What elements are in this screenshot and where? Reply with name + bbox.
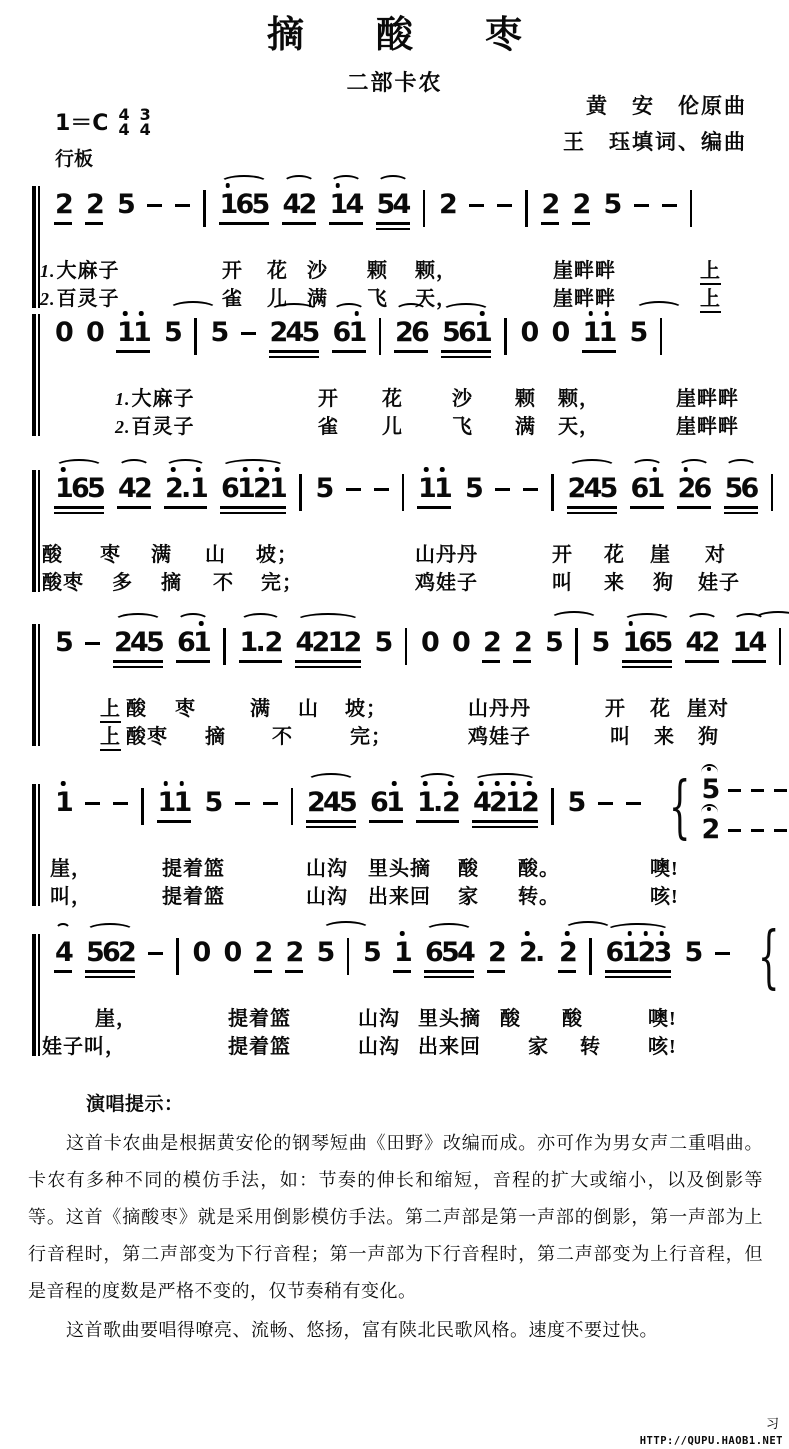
- lyric-segment: 雀: [318, 410, 339, 439]
- lyric-segment: 满: [151, 538, 172, 567]
- note-char: 2: [568, 474, 584, 504]
- tie-arc-icon: [635, 301, 683, 317]
- note-char: 5: [465, 474, 481, 504]
- note-digits: 4212: [295, 628, 361, 663]
- music-system: 22516542145422251.大麻子开花沙颗颗，崖畔畔上2.百灵子雀儿满飞…: [30, 168, 763, 310]
- note-group: 5: [374, 628, 392, 660]
- note-digits: 0: [223, 938, 241, 970]
- note-digits: 245: [567, 474, 617, 509]
- note-group: 61: [369, 788, 403, 823]
- tempo-marking: 行板: [55, 144, 93, 171]
- barline-icon: [589, 938, 592, 975]
- lyric-segment: 家: [458, 880, 479, 909]
- lyric-segment: 山沟: [358, 1002, 400, 1031]
- note-char: 5: [375, 628, 391, 658]
- note-char: 2: [134, 474, 150, 504]
- lyrics-line-2: 娃子叫，提着篮山沟出来回家转咳!: [30, 1030, 763, 1058]
- lyric-segment: 酸枣: [42, 566, 84, 595]
- note-digits: 654: [424, 938, 474, 973]
- note-char: 4: [283, 190, 299, 220]
- note-char: 6: [71, 474, 87, 504]
- note-char: 2: [265, 628, 281, 658]
- barline-icon: [141, 788, 144, 825]
- note-digits: 245: [269, 318, 319, 353]
- note-char: 5: [339, 788, 355, 818]
- note-char: 2: [299, 190, 315, 220]
- note-group: 2: [513, 628, 531, 663]
- note-group: 245: [113, 628, 163, 663]
- lyric-segment: 不: [213, 566, 234, 595]
- note-char: 2: [395, 318, 411, 348]
- lyric-segment: 提着篮: [228, 1002, 291, 1031]
- note-digits: 14: [732, 628, 766, 663]
- note-digits: 245: [306, 788, 356, 823]
- note-digits: 0: [192, 938, 210, 970]
- note-char: 1: [599, 318, 615, 348]
- note-group: 5: [567, 788, 585, 820]
- credit-composer: 黄 安 伦原曲: [586, 90, 747, 120]
- lyric-segment: 酸: [458, 852, 479, 881]
- note-group: 165: [54, 474, 104, 509]
- note-group: 11: [116, 318, 150, 353]
- lyric-segment: 叫: [552, 566, 573, 595]
- note-char: 0: [521, 318, 537, 348]
- lyric-segment: 崖畔畔: [553, 254, 616, 283]
- note-group: 2: [558, 938, 576, 973]
- note-with-fermata: 2: [701, 804, 718, 845]
- note-group: 5: [362, 938, 380, 970]
- note-group: 54: [376, 190, 410, 225]
- note-char: 5: [592, 628, 608, 658]
- note-char: 1: [505, 788, 521, 818]
- note-char: 0: [224, 938, 240, 968]
- note-group: 42: [117, 474, 151, 509]
- lyric-segment: 沙: [307, 254, 328, 283]
- slur-arc-icon: [118, 459, 150, 474]
- note-digits: 5: [315, 474, 333, 506]
- watermark-character: 习: [766, 1413, 779, 1432]
- note-group: 2: [572, 190, 590, 225]
- lyric-segment: 娃子: [698, 566, 740, 595]
- note-group: 2: [487, 938, 505, 973]
- note-group: 61: [630, 474, 664, 509]
- lyric-segment: 山沟: [306, 880, 348, 909]
- note-char: 0: [55, 318, 71, 348]
- duration-dash-icon: [235, 802, 250, 805]
- barline-icon: [690, 190, 693, 227]
- lyric-segment: 儿: [382, 410, 403, 439]
- note-group: 245: [269, 318, 319, 353]
- note-char: .: [256, 628, 265, 658]
- note-digits: 5: [464, 474, 482, 506]
- lyric-segment: 多: [112, 566, 133, 595]
- lyrics-line-2: 酸枣多摘不完；鸡娃子叫来狗娃子: [30, 566, 763, 594]
- note-char: 6: [631, 474, 647, 504]
- note-char: 2: [701, 815, 717, 845]
- duration-dash-icon: [774, 789, 787, 792]
- note-char: 6: [333, 318, 349, 348]
- meter-denominator: 4: [118, 122, 129, 137]
- note-char: 4: [457, 938, 473, 968]
- note-group: 5: [603, 190, 621, 222]
- note-group: 5: [684, 938, 702, 970]
- note-char: 2: [55, 190, 71, 220]
- opening-brace-icon: {: [668, 764, 690, 850]
- tie-arc-icon: [322, 921, 370, 937]
- note-digits: 1: [54, 788, 72, 820]
- ending-chord-column: 52: [701, 769, 787, 845]
- note-digits: 2: [513, 628, 531, 663]
- note-group: 5: [163, 318, 181, 350]
- note-char: 2: [488, 938, 504, 968]
- note-char: 5: [545, 628, 561, 658]
- note-char: 2: [559, 938, 575, 968]
- note-char: 1: [328, 628, 344, 658]
- lyric-segment: 2.百灵子: [115, 410, 195, 439]
- note-char: 5: [363, 938, 379, 968]
- duration-dash-icon: [85, 642, 100, 645]
- note-group: 5: [54, 628, 72, 660]
- barline-icon: [525, 190, 528, 227]
- duration-dash-icon: [175, 204, 190, 207]
- note-digits: 11: [116, 318, 150, 353]
- barline-icon: [423, 190, 426, 227]
- note-digits: 42: [685, 628, 719, 663]
- duration-dash-icon: [148, 952, 163, 955]
- note-digits: 5: [54, 628, 72, 660]
- note-char: 2: [542, 190, 558, 220]
- note-char: 1: [133, 318, 149, 348]
- note-group: 1.2: [239, 628, 282, 663]
- note-group: 6121: [220, 474, 286, 509]
- note-char: 6: [458, 318, 474, 348]
- barline-icon: [405, 628, 408, 665]
- note-char: 5: [600, 474, 616, 504]
- note-digits: 5: [567, 788, 585, 820]
- note-digits: 165: [54, 474, 104, 509]
- lyric-segment: 酸: [500, 1002, 521, 1031]
- note-char: 1: [158, 788, 174, 818]
- note-char: 5: [604, 190, 620, 220]
- note-group: 165: [219, 190, 269, 225]
- note-digits: 562: [85, 938, 135, 973]
- note-group: 5: [315, 474, 333, 506]
- note-group: 2: [254, 938, 272, 973]
- note-char: 1: [394, 938, 410, 968]
- note-char: 2: [489, 788, 505, 818]
- ending-chord: {52}: [749, 918, 789, 996]
- lyric-segment: 娃子叫，: [42, 1030, 126, 1059]
- music-system: 0011552456126561001151.大麻子开花沙颗颗，崖畔畔2.百灵子…: [30, 296, 763, 438]
- lyric-segment: 花: [382, 382, 403, 411]
- note-digits: 0: [54, 318, 72, 350]
- note-char: .: [433, 788, 442, 818]
- lyric-segment: 里头摘: [418, 1002, 481, 1031]
- duration-dash-icon: [85, 802, 100, 805]
- duration-dash-icon: [598, 802, 613, 805]
- note-char: 2: [118, 938, 134, 968]
- note-digits: 61: [369, 788, 403, 823]
- verse-number: 2.: [115, 417, 131, 437]
- note-digits: 14: [329, 190, 363, 225]
- lyric-segment: 叫: [610, 720, 631, 749]
- note-char: 1: [237, 474, 253, 504]
- slur-arc-icon: [725, 459, 757, 474]
- note-char: 1: [117, 318, 133, 348]
- duration-dash-icon: [751, 829, 764, 832]
- note-group: 26: [677, 474, 711, 509]
- note-digits: 2.1: [164, 474, 207, 509]
- note-digits: 165: [219, 190, 269, 225]
- note-digits: 561: [441, 318, 491, 353]
- duration-dash-icon: [374, 488, 389, 491]
- note-char: 2: [519, 938, 535, 968]
- barline-icon: [223, 628, 226, 665]
- note-group: 5: [116, 190, 134, 222]
- duration-dash-icon: [241, 332, 256, 335]
- lyric-segment: 山: [298, 692, 319, 721]
- note-char: 5: [205, 788, 221, 818]
- note-digits: 5: [204, 788, 222, 820]
- note-group: 245: [567, 474, 617, 509]
- duration-dash-icon: [523, 488, 538, 491]
- lyrics-line-2: 2.百灵子雀儿飞满天，崖畔畔: [30, 410, 763, 438]
- note-group: 165: [622, 628, 672, 663]
- note-char: 4: [286, 318, 302, 348]
- lyrics-line-1: 酸枣满山坡；山丹丹开花崖对: [30, 538, 763, 566]
- lyric-segment: 咳!: [648, 1030, 677, 1059]
- lyric-segment: 转: [580, 1030, 601, 1059]
- lyrics-line-2: 叫，提着篮山沟出来回家转。咳!: [30, 880, 763, 908]
- note-digits: 5: [603, 190, 621, 222]
- note-group: 2: [285, 938, 303, 973]
- note-digits: 2: [572, 190, 590, 225]
- note-group: 42: [685, 628, 719, 663]
- note-digits: 11: [417, 474, 451, 509]
- note-group: 11: [417, 474, 451, 509]
- note-digits: 26: [394, 318, 428, 353]
- slur-arc-icon: [270, 303, 318, 318]
- note-group: 5: [544, 628, 562, 660]
- note-digits: 5: [544, 628, 562, 660]
- note-char: 2: [483, 628, 499, 658]
- lyric-segment: 对: [705, 538, 726, 567]
- note-char: 0: [552, 318, 568, 348]
- lyrics-line-2: 上酸枣摘不完；鸡娃子叫来狗: [30, 720, 763, 748]
- lyric-segment: 颗，: [415, 254, 457, 283]
- performance-notes: 演唱提示： 这首卡农曲是根据黄安伦的钢琴短曲《田野》改编而成。亦可作为男女声二重…: [28, 1086, 763, 1349]
- lyric-segment: 开: [318, 382, 339, 411]
- note-group: 5: [591, 628, 609, 660]
- note-group: 6123: [605, 938, 671, 973]
- note-char: 1: [193, 628, 209, 658]
- note-digits: 6123: [605, 938, 671, 973]
- note-group: 4: [54, 938, 72, 973]
- note-char: 1: [434, 474, 450, 504]
- lyric-segment: 狗: [653, 566, 674, 595]
- lyric-segment: 坡；: [345, 692, 387, 721]
- lyric-segment: 满: [515, 410, 536, 439]
- note-char: 2: [270, 318, 286, 348]
- note-digits: 2: [285, 938, 303, 973]
- duration-dash-icon: [469, 204, 484, 207]
- note-group: 42: [282, 190, 316, 225]
- music-system: 165422.161215115245612656酸枣满山坡；山丹丹开花崖对酸枣…: [30, 452, 763, 594]
- note-char: 4: [749, 628, 765, 658]
- note-group: 61: [332, 318, 366, 353]
- note-digits: 6121: [220, 474, 286, 509]
- duration-dash-icon: [774, 829, 787, 832]
- lyric-segment: 花: [267, 254, 288, 283]
- note-char: 1: [269, 474, 285, 504]
- lyric-segment: 崖，: [50, 852, 92, 881]
- note-char: 1: [386, 788, 402, 818]
- barline-icon: [551, 788, 554, 825]
- key-label: 1＝C: [55, 106, 108, 137]
- barline-icon: [575, 628, 578, 665]
- note-char: 5: [317, 938, 333, 968]
- barline-icon: [379, 318, 382, 355]
- time-signature-1: 4 4: [118, 107, 129, 137]
- note-char: 1: [349, 318, 365, 348]
- barline-icon: [194, 318, 197, 355]
- note-digits: 5: [316, 938, 334, 970]
- note-char: 2: [114, 628, 130, 658]
- note-group: 0: [520, 318, 538, 350]
- lyric-segment: 出来回: [368, 880, 431, 909]
- note-char: 0: [452, 628, 468, 658]
- note-char: 5: [55, 628, 71, 658]
- note-char: 2: [573, 190, 589, 220]
- note-char: 4: [55, 938, 71, 968]
- note-char: 1: [240, 628, 256, 658]
- note-group: 0: [192, 938, 210, 970]
- note-char: 6: [411, 318, 427, 348]
- note-digits: 2: [85, 190, 103, 225]
- note-char: 2: [521, 788, 537, 818]
- note-digits: 5: [116, 190, 134, 222]
- lyric-segment: 坡；: [256, 538, 298, 567]
- duration-dash-icon: [662, 204, 677, 207]
- note-char: 2: [638, 938, 654, 968]
- note-char: 4: [393, 190, 409, 220]
- note-digits: 1.2: [416, 788, 459, 823]
- note-group: 2.1: [164, 474, 207, 509]
- duration-dash-icon: [728, 789, 741, 792]
- note-char: 2: [344, 628, 360, 658]
- note-digits: 0: [85, 318, 103, 350]
- note-digits: 2: [541, 190, 559, 225]
- slur-arc-icon: [678, 459, 710, 474]
- note-char: 5: [442, 318, 458, 348]
- duration-dash-icon: [113, 802, 128, 805]
- note-group: 5: [210, 318, 228, 350]
- note-group: 2: [438, 190, 456, 222]
- note-char: 1: [647, 474, 663, 504]
- credit-lyricist: 王 珏填词、编曲: [563, 126, 747, 156]
- note-digits: 5: [210, 318, 228, 350]
- notation-line: 2251654214542225: [30, 168, 763, 254]
- note-char: 5: [685, 938, 701, 968]
- note-char: .: [181, 474, 190, 504]
- note-char: 0: [421, 628, 437, 658]
- duration-dash-icon: [715, 952, 730, 955]
- note-group: 5: [629, 318, 647, 350]
- slur-arc-icon: [377, 175, 409, 190]
- lyric-segment: 里头摘: [368, 852, 431, 881]
- note-digits: 0: [451, 628, 469, 660]
- slur-arc-icon: [283, 175, 315, 190]
- note-digits: 2: [482, 628, 500, 663]
- duration-dash-icon: [626, 802, 641, 805]
- lyric-segment: 提着篮: [162, 880, 225, 909]
- note-char: .: [535, 938, 544, 968]
- note-digits: 2.: [518, 938, 545, 970]
- lyric-segment: 山沟: [358, 1030, 400, 1059]
- note-char: 1: [622, 938, 638, 968]
- barline-icon: [203, 190, 206, 227]
- slur-arc-icon: [425, 923, 473, 938]
- lyric-segment: 不: [272, 720, 293, 749]
- note-char: 5: [630, 318, 646, 348]
- lyric-segment: 崖畔畔: [676, 410, 739, 439]
- lyric-segment: 崖: [650, 538, 671, 567]
- note-char: 5: [701, 775, 717, 805]
- meter-denominator: 4: [140, 122, 151, 137]
- lyric-segment: 颗: [515, 382, 536, 411]
- note-char: 2: [439, 190, 455, 220]
- note-group: 1: [54, 788, 72, 820]
- lyrics-line-1: 1.大麻子开花沙颗颗，崖畔畔: [30, 382, 763, 410]
- note-char: 6: [425, 938, 441, 968]
- slur-arc-icon: [177, 613, 209, 628]
- note-digits: 2: [558, 938, 576, 973]
- note-char: 1: [330, 190, 346, 220]
- lyric-segment: 酸。: [518, 852, 560, 881]
- note-digits: 5: [629, 318, 647, 350]
- lyric-segment: 满: [250, 692, 271, 721]
- note-group: 14: [329, 190, 363, 225]
- slur-arc-icon: [333, 303, 365, 318]
- lyric-segment: 来: [654, 720, 675, 749]
- note-group: 26: [394, 318, 428, 353]
- note-char: 5: [252, 190, 268, 220]
- note-char: 5: [725, 474, 741, 504]
- note-char: 2: [255, 938, 271, 968]
- performance-notes-paragraph-1: 这首卡农曲是根据黄安伦的钢琴短曲《田野》改编而成。亦可作为男女声二重唱曲。卡农有…: [28, 1125, 763, 1310]
- music-system: 5245611.2421250022551654214上酸枣满山坡；山丹丹开花崖…: [30, 606, 763, 748]
- note-group: 2: [54, 190, 72, 225]
- slur-arc-icon: [686, 613, 718, 628]
- note-digits: 5: [591, 628, 609, 660]
- barline-icon: [347, 938, 350, 975]
- note-char: 2: [86, 190, 102, 220]
- sheet-music-page: 摘酸枣 二部卡农 黄 安 伦原曲 王 珏填词、编曲 1＝C 4 4 3 4 行板…: [0, 0, 789, 1449]
- duration-dash-icon: [346, 488, 361, 491]
- note-char: 0: [86, 318, 102, 348]
- tie-arc-icon: [550, 611, 598, 627]
- slur-arc-icon: [86, 923, 134, 938]
- slur-arc-icon: [114, 613, 162, 628]
- lyric-segment: 花: [604, 538, 625, 567]
- lyric-segment: 飞: [452, 410, 473, 439]
- note-digits: 61: [332, 318, 366, 353]
- lyric-segment: 1.大麻子: [115, 382, 195, 411]
- note-group: 14: [732, 628, 766, 663]
- note-digits: 42: [117, 474, 151, 509]
- note-char: 1: [190, 474, 206, 504]
- note-digits: 61: [176, 628, 210, 663]
